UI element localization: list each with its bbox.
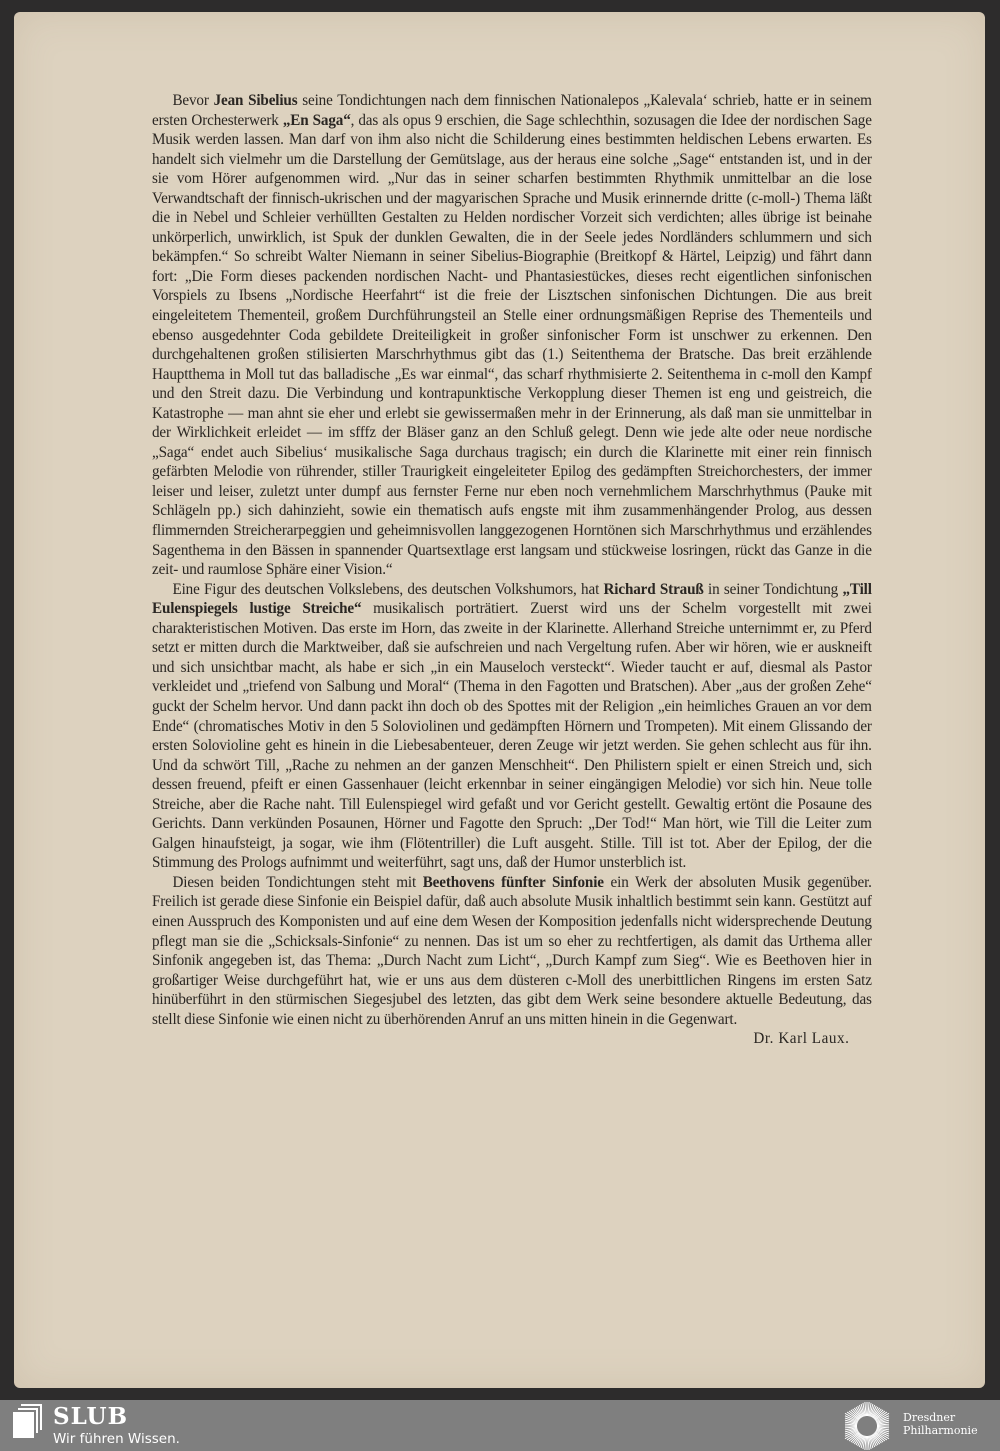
paragraph-sibelius: Bevor Jean Sibelius seine Tondichtungen … — [152, 90, 872, 579]
document-page: Bevor Jean Sibelius seine Tondichtungen … — [14, 12, 985, 1388]
body-text: ein Werk der absoluten Musik gegenüber. … — [152, 872, 872, 1028]
slub-name: SLUB — [53, 1403, 128, 1430]
bold-title: Richard Strauß — [604, 579, 704, 598]
bold-title: Beethovens fünfter Sinfonie — [423, 872, 604, 891]
dresdner-philharmonie-name: Dresdner Philharmonie — [903, 1412, 978, 1437]
slub-tagline: Wir führen Wissen. — [53, 1431, 180, 1447]
bold-title: Jean Sibelius — [214, 90, 298, 109]
author-signature: Dr. Karl Laux. — [753, 1028, 871, 1048]
footer-bar: SLUB Wir führen Wissen. Dresdner Philhar… — [0, 1400, 1000, 1451]
slub-book-icon — [12, 1403, 42, 1439]
body-text: , das als opus 9 erschien, die Sage schl… — [152, 110, 872, 579]
paragraph-strauss: Eine Figur des deutschen Volkslebens, de… — [152, 579, 872, 872]
dp-name-line2: Philharmonie — [903, 1425, 978, 1438]
bold-title: „En Saga“ — [283, 110, 351, 129]
body-text: Diesen beiden Tondichtungen steht mit — [172, 872, 422, 891]
article-body: Bevor Jean Sibelius seine Tondichtungen … — [152, 90, 872, 1048]
dresdner-philharmonie-sunburst-icon — [840, 1402, 894, 1450]
body-text: musikalisch porträtiert. Zuerst wird uns… — [152, 598, 872, 871]
body-text: in seiner Tondichtung — [704, 579, 843, 598]
signature-row: Dr. Karl Laux. — [152, 1028, 872, 1048]
body-text: Bevor — [172, 90, 213, 109]
paragraph-beethoven: Diesen beiden Tondichtungen steht mit Be… — [152, 872, 872, 1028]
body-text: Eine Figur des deutschen Volkslebens, de… — [172, 579, 603, 598]
dp-name-line1: Dresdner — [903, 1412, 978, 1425]
